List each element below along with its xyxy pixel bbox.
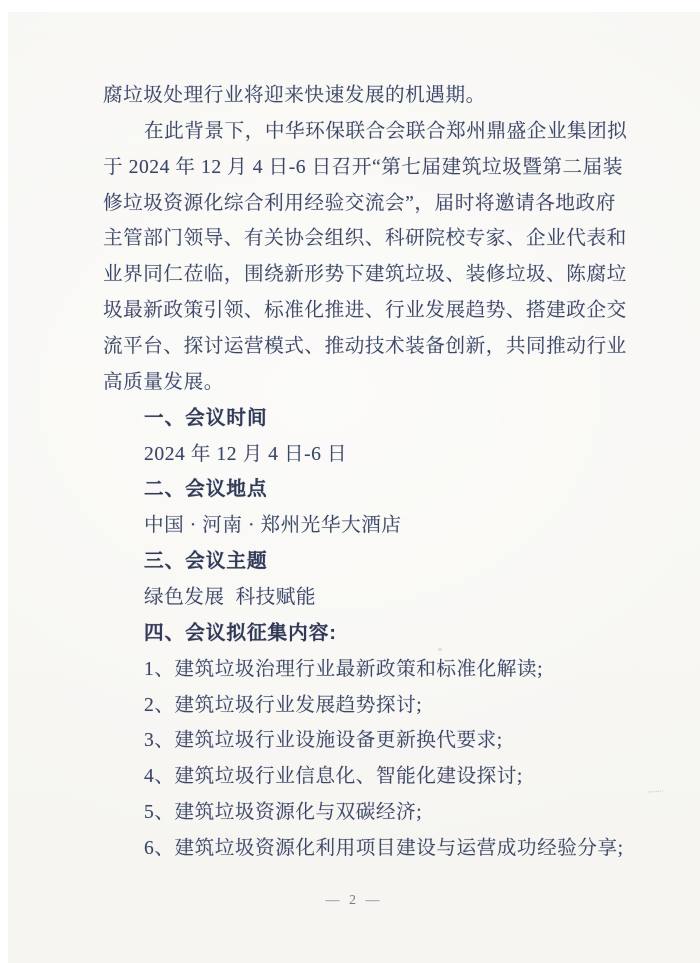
paragraph-line: 于 2024 年 12 月 4 日-6 日召开“第七届建筑垃圾暨第二届装 <box>103 150 617 186</box>
paragraph-line: 高质量发展。 <box>103 365 617 401</box>
meeting-theme-value: 绿色发展 科技赋能 <box>103 580 617 616</box>
list-item: 4、建筑垃圾行业信息化、智能化建设探讨; <box>103 759 617 795</box>
list-item: 1、建筑垃圾治理行业最新政策和标准化解读; <box>103 652 617 688</box>
page-number: — 2 — <box>8 893 700 909</box>
paragraph-line: 腐垃圾处理行业将迎来快速发展的机遇期。 <box>103 78 617 114</box>
heading-meeting-theme: 三、会议主题 <box>103 544 617 580</box>
scanned-page: 腐垃圾处理行业将迎来快速发展的机遇期。 在此背景下，中华环保联合会联合郑州鼎盛企… <box>8 12 700 963</box>
list-item: 6、建筑垃圾资源化利用项目建设与运营成功经验分享; <box>103 831 617 867</box>
paragraph-line: 业界同仁莅临，围绕新形势下建筑垃圾、装修垃圾、陈腐垃 <box>103 257 617 293</box>
scan-artifact <box>649 791 663 798</box>
paragraph-line: 流平台、探讨运营模式、推动技术装备创新，共同推动行业 <box>103 329 617 365</box>
heading-meeting-location: 二、会议地点 <box>103 472 617 508</box>
meeting-location-value: 中国 · 河南 · 郑州光华大酒店 <box>103 508 617 544</box>
heading-meeting-time: 一、会议时间 <box>103 401 617 437</box>
scan-speck <box>534 124 537 127</box>
list-item: 3、建筑垃圾行业设施设备更新换代要求; <box>103 723 617 759</box>
scan-speck <box>438 648 442 651</box>
scan-speck <box>445 776 450 779</box>
document-body: 腐垃圾处理行业将迎来快速发展的机遇期。 在此背景下，中华环保联合会联合郑州鼎盛企… <box>103 78 617 867</box>
meeting-time-value: 2024 年 12 月 4 日-6 日 <box>103 437 617 473</box>
heading-solicited-content: 四、会议拟征集内容: <box>103 616 617 652</box>
paragraph-line: 修垃圾资源化综合利用经验交流会”，届时将邀请各地政府 <box>103 186 617 222</box>
paragraph-line: 主管部门领导、有关协会组织、科研院校专家、企业代表和 <box>103 221 617 257</box>
paragraph-line: 在此背景下，中华环保联合会联合郑州鼎盛企业集团拟 <box>103 114 617 150</box>
paragraph-line: 圾最新政策引领、标准化推进、行业发展趋势、搭建政企交 <box>103 293 617 329</box>
list-item: 5、建筑垃圾资源化与双碳经济; <box>103 795 617 831</box>
list-item: 2、建筑垃圾行业发展趋势探讨; <box>103 688 617 724</box>
